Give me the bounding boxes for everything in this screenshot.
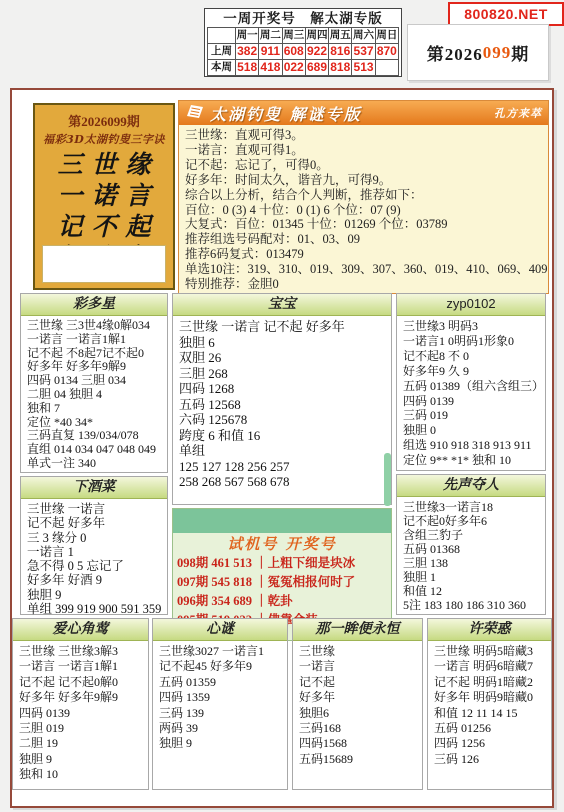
prediction-line: 独胆 1 xyxy=(403,570,539,584)
panel-caiduoxing: 彩多星 三世缘 三3世4缘0解034一诺言 一诺言1解1记不起 不8起7记不起0… xyxy=(20,293,168,473)
panel-zyp0102: zyp0102 三世缘3 明码3一诺言1 0明码1形象0记不起8 不 0好多年9… xyxy=(396,293,546,471)
prediction-line: 独胆 9 xyxy=(19,752,142,767)
analysis-line: 百位：0 (3) 4 十位：0 (1) 6 个位：07 (9) xyxy=(185,203,542,218)
issue-suffix: 期 xyxy=(511,40,529,65)
prediction-line: 三世缘 三3世4缘0解034 xyxy=(27,319,161,333)
week-table-cell: 382 xyxy=(236,44,259,60)
prediction-line: 五码 01389（组六含组三） xyxy=(403,379,539,394)
prediction-line: 好多年 明码9暗藏0 xyxy=(434,690,545,705)
analysis-line: 推荐组选号码配对：01、03、09 xyxy=(185,232,542,247)
week-table-cell: 513 xyxy=(352,60,375,76)
issue-prefix: 第2026 xyxy=(427,40,483,65)
analysis-line: 推荐6码复式：013479 xyxy=(185,247,542,262)
week-table-cell: 608 xyxy=(282,44,305,60)
panel-zyp0102-body: 三世缘3 明码3一诺言1 0明码1形象0记不起8 不 0好多年9 久 9五码 0… xyxy=(397,316,545,468)
analysis-line: 一诺言：直观可得1。 xyxy=(185,143,542,158)
prediction-line: 含组三豹子 xyxy=(403,528,539,542)
analysis-panel-header: 太湖钓叟 解谜专版 孔方来萃 xyxy=(179,101,548,125)
prediction-line: 独和 10 xyxy=(19,767,142,782)
panel-xinmi-title: 心谜 xyxy=(153,619,287,641)
week-table-cell: 689 xyxy=(305,60,328,76)
panel-xiansheng-title: 先声夺人 xyxy=(397,475,545,497)
prediction-line: 5注 183 180 186 310 360 xyxy=(403,598,539,612)
analysis-line: 综合以上分析，结合个人判断，推荐如下： xyxy=(185,188,542,203)
prediction-line: 四码1568 xyxy=(299,736,416,751)
panel-baobao: 宝宝 三世缘 一诺言 记不起 好多年独胆 6双胆 26三胆 268四码 1268… xyxy=(172,293,392,505)
panel-xurong-title: 许荣惑 xyxy=(428,619,551,641)
prediction-line: 三胆 019 xyxy=(19,721,142,736)
card-issue: 第2026099期 xyxy=(35,111,173,130)
panel-caiduoxing-body: 三世缘 三3世4缘0解034一诺言 一诺言1解1记不起 不8起7记不起0好多年 … xyxy=(21,316,167,471)
verse-line: 三世缘 xyxy=(35,149,173,180)
prediction-line: 好多年 好多年9解9 xyxy=(27,360,161,374)
week-results-box: 一周开奖号 解太湖专版 周一周二周三周四周五周六周日上周382911608922… xyxy=(204,8,402,77)
analysis-author: 孔方来萃 xyxy=(494,105,542,121)
analysis-line: 单选10注：319、310、019、309、307、360、019、410、06… xyxy=(185,262,542,277)
blank-note-area xyxy=(42,245,166,283)
prediction-line: 独胆 0 xyxy=(403,423,539,438)
prediction-line: 记不起45 好多年9 xyxy=(159,659,281,674)
prediction-line: 好多年 好酒 9 xyxy=(27,573,161,587)
panel-xinmi: 心谜 三世缘3027 一诺言1记不起45 好多年9五码 01359四码 1359… xyxy=(152,618,288,790)
prediction-line: 单式一注 340 xyxy=(27,457,161,471)
week-table-cell: 870 xyxy=(375,44,398,60)
analysis-line: 特别推荐：金胆0 xyxy=(185,277,542,292)
green-band xyxy=(173,509,391,533)
prediction-line: 一诺言 明码6暗藏7 xyxy=(434,659,545,674)
analysis-line: 记不起：忘记了，可得0。 xyxy=(185,158,542,173)
week-table-cell xyxy=(375,60,398,76)
prediction-line: 三胆 138 xyxy=(403,556,539,570)
prediction-line: 独胆 6 xyxy=(179,335,385,351)
panel-nayimou: 那一眸便永恒 三世缘一诺言记不起好多年独胆6三码168四码1568五码15689 xyxy=(292,618,423,790)
prediction-line: 三世缘 xyxy=(299,644,416,659)
issue-box: 第2026099期 xyxy=(407,24,549,81)
scrollbar-thumb[interactable] xyxy=(384,453,391,506)
week-table-cell: 周一 xyxy=(236,28,259,44)
prediction-line: 三世缘3027 一诺言1 xyxy=(159,644,281,659)
week-table-cell: 911 xyxy=(259,44,282,60)
prediction-line: 独和 7 xyxy=(27,402,161,416)
panel-aixin: 爱心角莺 三世缘 三世缘3解3一诺言 一诺言1解1记不起 记不起0解0好多年 好… xyxy=(12,618,149,790)
prediction-line: 记不起0好多年6 xyxy=(403,514,539,528)
prediction-line: 四码 0139 xyxy=(403,394,539,409)
week-table-cell: 周五 xyxy=(329,28,352,44)
panel-xiansheng: 先声夺人 三世缘3一诺言18记不起0好多年6含组三豹子五码 01368三胆 13… xyxy=(396,474,546,615)
prediction-line: 记不起8 不 0 xyxy=(403,349,539,364)
prediction-line: 一诺言1 0明码1形象0 xyxy=(403,334,539,349)
analysis-title: 太湖钓叟 解谜专版 xyxy=(210,102,362,125)
prediction-line: 一诺言 xyxy=(299,659,416,674)
prediction-line: 单组 xyxy=(179,443,385,459)
week-table-cell: 周六 xyxy=(352,28,375,44)
prediction-line: 独胆6 xyxy=(299,706,416,721)
panel-baobao-title: 宝宝 xyxy=(173,294,391,316)
panel-xurong: 许荣惑 三世缘 明码5暗藏3一诺言 明码6暗藏7记不起 明码1暗藏2好多年 明码… xyxy=(427,618,552,790)
week-table-cell: 537 xyxy=(352,44,375,60)
site-url-badge[interactable]: 800820.NET xyxy=(448,2,564,26)
prediction-line: 双胆 26 xyxy=(179,350,385,366)
panel-xurong-body: 三世缘 明码5暗藏3一诺言 明码6暗藏7记不起 明码1暗藏2好多年 明码9暗藏0… xyxy=(428,641,551,767)
prediction-line: 二胆 04 独胆 4 xyxy=(27,388,161,402)
prediction-line: 三码 139 xyxy=(159,706,281,721)
card-subtitle: 福彩3D太湖钓叟三字诀 xyxy=(35,131,173,147)
prediction-line: 三世缘 一诺言 记不起 好多年 xyxy=(179,319,385,335)
prediction-line: 记不起 xyxy=(299,675,416,690)
week-table-cell: 周日 xyxy=(375,28,398,44)
issue-number: 099 xyxy=(483,43,512,63)
prediction-line: 六码 125678 xyxy=(179,412,385,428)
prediction-line: 三世缘 明码5暗藏3 xyxy=(434,644,545,659)
prediction-line: 好多年9 久 9 xyxy=(403,364,539,379)
prediction-line: 四码 1359 xyxy=(159,690,281,705)
analysis-line: 大复式：百位：01345 十位：01269 个位：03789 xyxy=(185,217,542,232)
week-table-cell: 上周 xyxy=(208,44,236,60)
prediction-line: 跨度 6 和值 16 xyxy=(179,428,385,444)
analysis-panel: 太湖钓叟 解谜专版 孔方来萃 三世缘：直观可得3。一诺言：直观可得1。记不起：忘… xyxy=(178,100,549,294)
analysis-line: 好多年：时间太久，谐音九，可得9。 xyxy=(185,173,542,188)
week-table-cell: 本周 xyxy=(208,60,236,76)
prediction-line: 四码 0134 三胆 034 xyxy=(27,374,161,388)
prediction-line: 定位 9** *1* 独和 10 xyxy=(403,453,539,468)
prediction-line: 两码 39 xyxy=(159,721,281,736)
prediction-line: 一诺言 一诺言1解1 xyxy=(19,659,142,674)
panel-aixin-body: 三世缘 三世缘3解3一诺言 一诺言1解1记不起 记不起0解0好多年 好多年9解9… xyxy=(13,641,148,783)
prediction-line: 记不起 明码1暗藏2 xyxy=(434,675,545,690)
panel-xiajiucai-title: 下酒菜 xyxy=(21,477,167,499)
week-table-cell: 518 xyxy=(236,60,259,76)
week-table-cell xyxy=(208,28,236,44)
prediction-line: 记不起 记不起0解0 xyxy=(19,675,142,690)
prediction-line: 五码 01368 xyxy=(403,542,539,556)
prediction-line: 三码 126 xyxy=(434,752,545,767)
week-table-cell: 922 xyxy=(305,44,328,60)
prediction-line: 五码 01359 xyxy=(159,675,281,690)
prediction-line: 五码 12568 xyxy=(179,397,385,413)
prediction-line: 三世缘3一诺言18 xyxy=(403,500,539,514)
week-table-cell: 816 xyxy=(329,44,352,60)
prediction-line: 三 3 缘分 0 xyxy=(27,531,161,545)
test-number-line: 097期 545 818 ｜冤冤相报何时了 xyxy=(177,573,387,592)
week-table-cell: 418 xyxy=(259,60,282,76)
prediction-line: 好多年 xyxy=(299,690,416,705)
verse-line: 一诺言 xyxy=(35,180,173,211)
prediction-line: 258 268 567 568 678 xyxy=(179,474,385,490)
prediction-line: 五码 01256 xyxy=(434,721,545,736)
test-number-line: 096期 354 689 ｜乾卦 xyxy=(177,592,387,611)
panel-nayimou-body: 三世缘一诺言记不起好多年独胆6三码168四码1568五码15689 xyxy=(293,641,422,767)
prediction-line: 三码 019 xyxy=(403,408,539,423)
gold-verse-card: 第2026099期 福彩3D太湖钓叟三字诀 三世缘一诺言记不起好多年 xyxy=(33,103,175,290)
prediction-line: 四码 1268 xyxy=(179,381,385,397)
prediction-line: 好多年 好多年9解9 xyxy=(19,690,142,705)
test-number-line: 098期 461 513 ｜上粗下细是块冰 xyxy=(177,554,387,573)
prediction-line: 四码 1256 xyxy=(434,736,545,751)
prediction-line: 三世缘 三世缘3解3 xyxy=(19,644,142,659)
panel-xiansheng-body: 三世缘3一诺言18记不起0好多年6含组三豹子五码 01368三胆 138独胆 1… xyxy=(397,497,545,612)
panel-xinmi-body: 三世缘3027 一诺言1记不起45 好多年9五码 01359四码 1359三码 … xyxy=(153,641,287,752)
prediction-line: 独胆 9 xyxy=(159,736,281,751)
prediction-line: 三世缘 一诺言 xyxy=(27,502,161,516)
week-table-cell: 周二 xyxy=(259,28,282,44)
prediction-line: 三胆 268 xyxy=(179,366,385,382)
prediction-line: 和值 12 11 14 15 xyxy=(434,706,545,721)
prediction-line: 五码15689 xyxy=(299,752,416,767)
prediction-line: 直组 014 034 047 048 049 xyxy=(27,443,161,457)
week-table-cell: 022 xyxy=(282,60,305,76)
analysis-line: 三世缘：直观可得3。 xyxy=(185,128,542,143)
prediction-line: 一诺言 一诺言1解1 xyxy=(27,333,161,347)
prediction-line: 组选 910 918 318 913 911 xyxy=(403,438,539,453)
panel-caiduoxing-title: 彩多星 xyxy=(21,294,167,316)
prediction-line: 三码168 xyxy=(299,721,416,736)
panel-aixin-title: 爱心角莺 xyxy=(13,619,148,641)
prediction-line: 一诺言 1 xyxy=(27,545,161,559)
week-table-cell: 周四 xyxy=(305,28,328,44)
book-icon xyxy=(185,103,205,124)
analysis-body: 三世缘：直观可得3。一诺言：直观可得1。记不起：忘记了，可得0。好多年：时间太久… xyxy=(179,125,548,292)
week-table: 周一周二周三周四周五周六周日上周382911608922816537870本周5… xyxy=(207,27,399,76)
panel-xiajiucai: 下酒菜 三世缘 一诺言记不起 好多年三 3 缘分 0一诺言 1急不得 0 5 忘… xyxy=(20,476,168,615)
prediction-line: 125 127 128 256 257 xyxy=(179,459,385,475)
prediction-line: 二胆 19 xyxy=(19,736,142,751)
week-table-cell: 818 xyxy=(329,60,352,76)
test-number-title: 试机号 开奖号 xyxy=(173,534,391,554)
prediction-line: 独胆 9 xyxy=(27,588,161,602)
prediction-line: 三世缘3 明码3 xyxy=(403,319,539,334)
week-table-title: 一周开奖号 解太湖专版 xyxy=(207,10,399,27)
panel-baobao-body: 三世缘 一诺言 记不起 好多年独胆 6双胆 26三胆 268四码 1268五码 … xyxy=(173,316,391,490)
prediction-line: 和值 12 xyxy=(403,584,539,598)
prediction-line: 急不得 0 5 忘记了 xyxy=(27,559,161,573)
week-table-cell: 周三 xyxy=(282,28,305,44)
prediction-line: 单组 399 919 900 591 359 xyxy=(27,602,161,616)
panel-nayimou-title: 那一眸便永恒 xyxy=(293,619,422,641)
panel-zyp0102-title: zyp0102 xyxy=(397,294,545,316)
verse-line: 记不起 xyxy=(35,211,173,242)
prediction-line: 四码 0139 xyxy=(19,706,142,721)
prediction-line: 记不起 好多年 xyxy=(27,516,161,530)
panel-xiajiucai-body: 三世缘 一诺言记不起 好多年三 3 缘分 0一诺言 1急不得 0 5 忘记了好多… xyxy=(21,499,167,616)
